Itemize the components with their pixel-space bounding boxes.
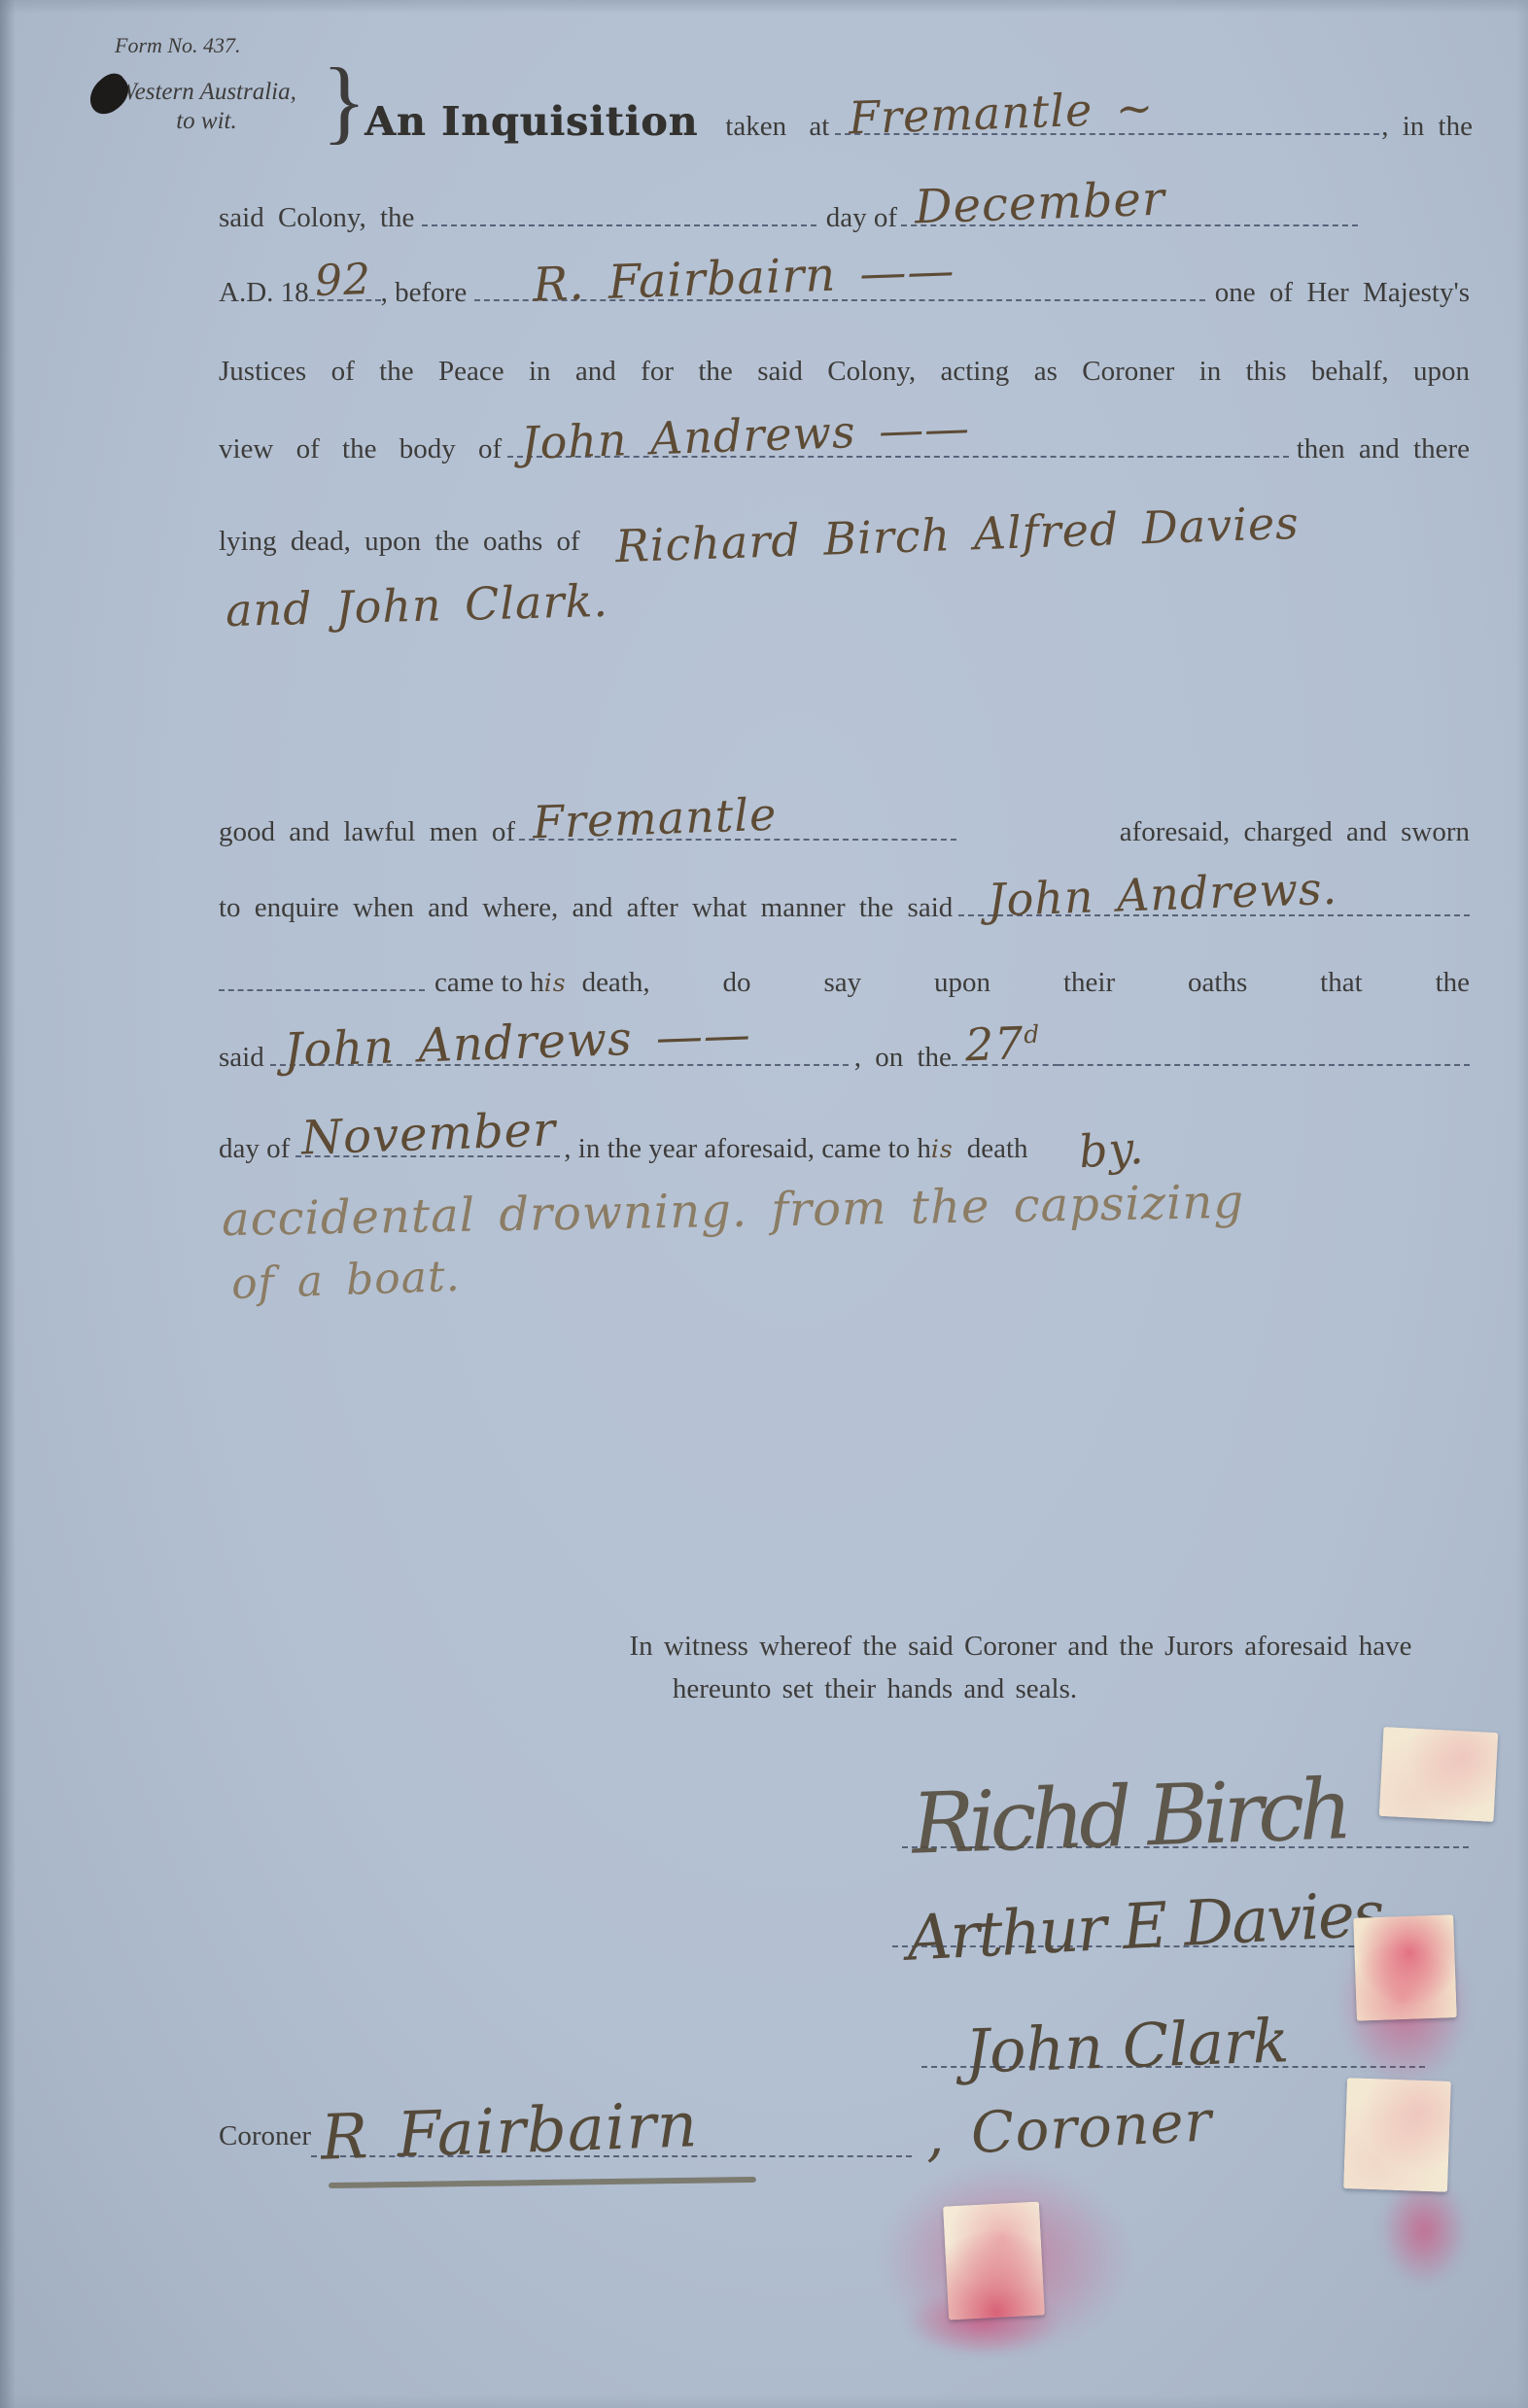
in-year-label: , in the year aforesaid, came to h — [564, 1131, 931, 1166]
date-blank-field — [422, 224, 816, 226]
coroner-signature-row: Coroner R Fairbairn , Coroner — [219, 2068, 1463, 2157]
day-number-handwriting: 27d — [964, 1015, 1042, 1073]
colony-date-line: said Colony, the day of December — [219, 200, 1358, 235]
paper-seal-3 — [1343, 2078, 1451, 2192]
death-do-say-label: death, do say upon their oaths that the — [582, 965, 1470, 1000]
ad-18-label: A.D. 18 — [219, 275, 309, 310]
lying-dead-label: lying dead, upon the oaths of — [219, 524, 580, 559]
oaths-line: lying dead, upon the oaths of Richard Bi… — [219, 507, 1470, 564]
blank-lead-field — [219, 989, 425, 991]
jurisdiction-brace: } — [322, 54, 366, 148]
trailing-dashes-field — [1059, 1064, 1470, 1066]
coroner-signature-field: R Fairbairn — [311, 2072, 912, 2157]
day-suffix-superscript: d — [1024, 1019, 1041, 1049]
justices-line: Justices of the Peace in and for the sai… — [219, 356, 1470, 388]
by-handwriting: by. — [1077, 1120, 1146, 1181]
one-of-label: one of Her Majesty's — [1215, 275, 1470, 310]
enquire-line: to enquire when and where, and after wha… — [219, 890, 1470, 925]
view-of-body-label: view of the body of — [219, 431, 502, 466]
juror-signature-1: Richd Birch — [910, 1761, 1348, 1874]
then-and-there-label: then and there — [1297, 431, 1470, 466]
death-word-label: death — [967, 1131, 1028, 1166]
deceased-handwriting-1: John Andrews —— — [520, 399, 971, 471]
in-the-label: , in the — [1381, 109, 1473, 144]
form-number: Form No. 437. — [115, 33, 241, 58]
place-field-2: Fremantle — [519, 839, 956, 841]
year-handwriting: 92 — [314, 253, 372, 308]
deceased-name-field-3: John Andrews —— — [270, 1064, 849, 1066]
paper-seal-4 — [943, 2201, 1045, 2320]
witness-clause-line-1: In witness whereof the said Coroner and … — [520, 1631, 1521, 1663]
to-enquire-label: to enquire when and where, and after wha… — [219, 890, 953, 925]
juror-signature-2: Arthur E Davies — [905, 1878, 1384, 1976]
day-of-november-line: day of November , in the year aforesaid,… — [219, 1115, 1470, 1171]
said-label: said — [219, 1040, 264, 1075]
inquisition-title: An Inquisition — [365, 97, 698, 147]
month-handwriting-2: November — [300, 1100, 557, 1167]
witness-clause-line-2: hereunto set their hands and seals. — [447, 1673, 1302, 1705]
jurors-handwriting-1: Richard Birch Alfred Davies — [614, 496, 1300, 575]
body-view-line: view of the body of John Andrews —— then… — [219, 431, 1470, 466]
verdict-handwriting-1: accidental drowning. from the capsizing — [222, 1175, 1245, 1247]
day-of-label-2: day of — [219, 1131, 290, 1166]
month-handwriting-1: December — [914, 170, 1166, 237]
lawful-men-line: good and lawful men of Fremantle aforesa… — [219, 814, 1470, 849]
before-label: , before — [381, 275, 468, 310]
verdict-handwriting-2: of a boat. — [230, 1252, 461, 1309]
said-colony-label: said Colony, the — [219, 200, 414, 235]
said-deceased-line: said John Andrews —— , on the 27d — [219, 1040, 1470, 1075]
deceased-handwriting-3: John Andrews —— — [283, 1006, 752, 1081]
coroner-label: Coroner — [219, 2118, 311, 2157]
jurisdiction-line-2: to wit. — [83, 107, 330, 136]
year-field: 92 — [309, 299, 381, 301]
month-field-1: December — [901, 224, 1358, 226]
place-handwriting-2: Fremantle — [532, 786, 778, 850]
coroner-suffix-handwriting: , Coroner — [923, 2085, 1214, 2171]
paper-seal-1 — [1379, 1727, 1499, 1822]
place-handwriting: Fremantle ~ — [848, 80, 1155, 146]
came-to-death-line: came to h is death, do say upon their oa… — [219, 965, 1470, 1000]
coroner-name-handwriting: R. Fairbairn —— — [532, 241, 955, 314]
coroner-name-field: R. Fairbairn —— — [474, 299, 1205, 301]
day-number: 27 — [964, 1016, 1024, 1071]
day-of-label-1: day of — [826, 200, 897, 235]
taken-at-label: taken at — [725, 109, 829, 144]
deceased-handwriting-2: John Andrews. — [987, 860, 1338, 928]
opening-line: An Inquisition taken at Fremantle ~ , in… — [365, 97, 1473, 147]
inquisition-form-page: Form No. 437. Western Australia, to wit.… — [0, 0, 1528, 2408]
ink-stain-2 — [1380, 2175, 1468, 2287]
aforesaid-charged-label: aforesaid, charged and sworn — [966, 814, 1470, 849]
month-field-2: November — [295, 1155, 560, 1157]
jurors-handwriting-2: and John Clark. — [225, 574, 608, 636]
day-number-field: 27d — [952, 1064, 1059, 1066]
place-field: Fremantle ~ — [835, 133, 1379, 135]
paper-seal-2 — [1353, 1914, 1457, 2021]
came-to-h-label: came to h — [434, 965, 544, 1000]
deceased-name-field-2: John Andrews. — [958, 914, 1470, 916]
is-superscript-1: is — [544, 968, 567, 998]
on-the-label: , on the — [854, 1040, 952, 1075]
deceased-name-field-1: John Andrews —— — [507, 456, 1289, 458]
coroner-signature: R Fairbairn — [320, 2086, 700, 2178]
year-coroner-line: A.D. 18 92 , before R. Fairbairn —— one … — [219, 275, 1470, 310]
is-superscript-2: is — [931, 1134, 954, 1164]
signature-flourish — [329, 2177, 756, 2188]
good-lawful-label: good and lawful men of — [219, 814, 515, 849]
